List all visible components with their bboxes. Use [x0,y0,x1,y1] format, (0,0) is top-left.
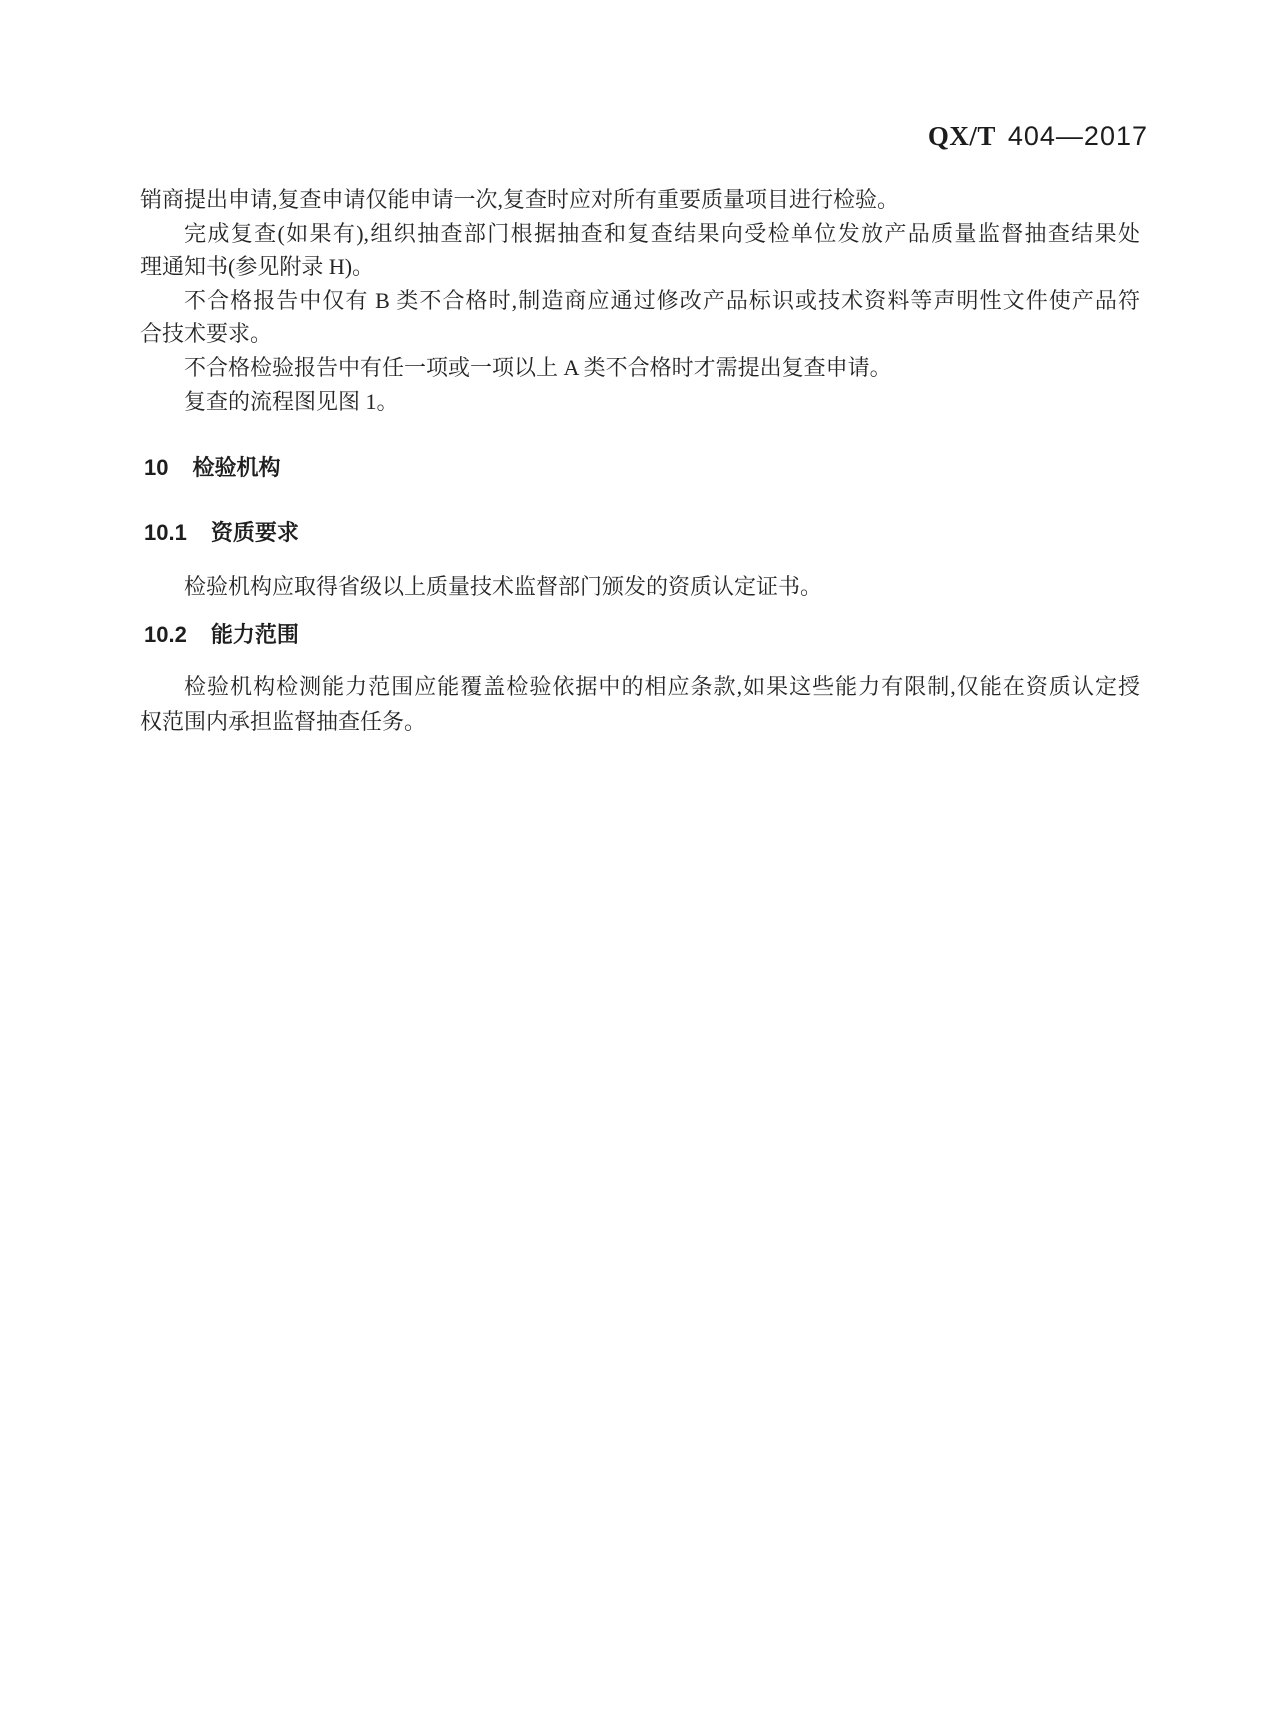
body-text-line: 检验机构检测能力范围应能覆盖检验依据中的相应条款,如果这些能力有限制,仅能在资质… [140,669,1140,704]
body-text-line: 完成复查(如果有),组织抽查部门根据抽查和复查结果向受检单位发放产品质量监督抽查… [140,217,1140,251]
body-text-line: 不合格检验报告中有任一项或一项以上 A 类不合格时才需提出复查申请。 [140,351,1140,385]
body-text-line: 检验机构应取得省级以上质量技术监督部门颁发的资质认定证书。 [140,570,1140,604]
section-title: 资质要求 [211,520,299,545]
standard-code-number: 404—2017 [1008,121,1148,151]
body-text-line: 合技术要求。 [140,317,1140,351]
section-heading-10-2: 10.2能力范围 [144,623,1140,647]
section-number: 10 [144,455,168,480]
body-text-line: 复查的流程图见图 1。 [140,385,1140,419]
section-title: 检验机构 [192,455,280,480]
section-heading-10: 10检验机构 [144,456,1140,480]
document-page: QX/T 404—2017 销商提出申请,复查申请仅能申请一次,复查时应对所有重… [0,0,1280,1726]
body-text-line: 销商提出申请,复查申请仅能申请一次,复查时应对所有重要质量项目进行检验。 [140,183,1140,217]
section-number: 10.1 [144,520,187,545]
section-heading-10-1: 10.1资质要求 [144,521,1140,545]
body-text-line: 不合格报告中仅有 B 类不合格时,制造商应通过修改产品标识或技术资料等声明性文件… [140,284,1140,318]
body-text-line: 权范围内承担监督抽查任务。 [140,704,1140,739]
section-title: 能力范围 [211,622,299,647]
standard-code-prefix: QX/T [928,121,996,151]
body-text-block: 销商提出申请,复查申请仅能申请一次,复查时应对所有重要质量项目进行检验。 完成复… [140,183,1140,418]
section-number: 10.2 [144,622,187,647]
body-text-block: 检验机构应取得省级以上质量技术监督部门颁发的资质认定证书。 [140,570,1140,604]
standard-code-header: QX/T 404—2017 [928,121,1148,152]
body-text-block: 检验机构检测能力范围应能覆盖检验依据中的相应条款,如果这些能力有限制,仅能在资质… [140,669,1140,739]
body-text-line: 理通知书(参见附录 H)。 [140,250,1140,284]
